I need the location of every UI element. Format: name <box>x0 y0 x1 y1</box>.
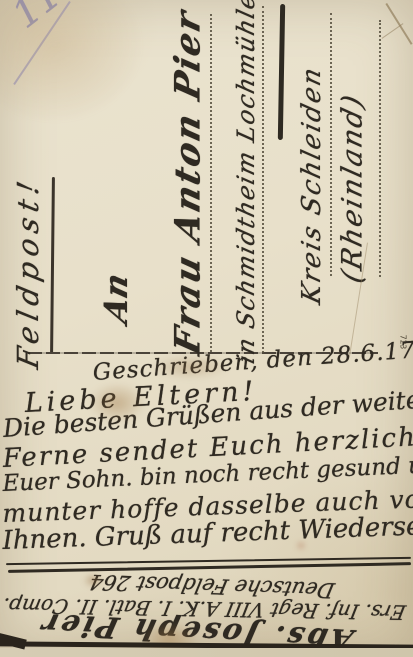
pencil-number: 110 <box>4 0 88 37</box>
crease-top-right-2 <box>382 23 404 39</box>
address-line-recipient: Frau Anton Pier <box>168 5 209 358</box>
address-ruled-line-3 <box>330 13 332 276</box>
address-ruled-line-4 <box>379 20 381 277</box>
address-line-district: Kreis Schleiden <box>297 63 327 308</box>
scanner-background-strip <box>0 648 413 657</box>
crease-top-right-1 <box>385 3 412 45</box>
address-an-label: An <box>97 269 135 327</box>
postcard-scan: 110 Feldpost! An Frau Anton Pier in Schm… <box>0 0 413 657</box>
address-line-region: (Rheinland) <box>336 90 369 286</box>
feldpost-note: Feldpost! <box>11 173 45 372</box>
address-line-street: in Schmidtheim Lochmühle <box>232 0 260 367</box>
card-corner-shadow-left <box>0 633 27 650</box>
address-ruled-line-2 <box>262 6 264 353</box>
address-underline-stroke <box>278 4 285 140</box>
address-ruled-line-1 <box>210 14 212 352</box>
stamp-divider-line <box>50 177 54 354</box>
